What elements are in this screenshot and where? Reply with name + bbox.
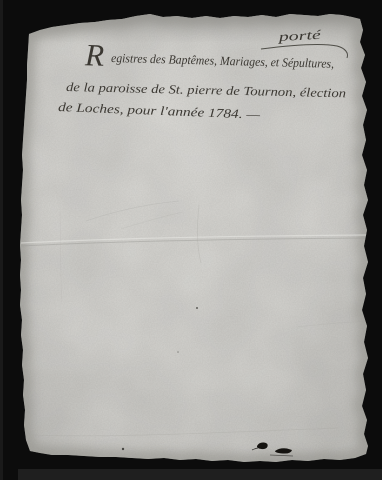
speck-1 [196,307,198,309]
speck-2 [122,448,124,450]
scanned-document-page: porté R egistres des Baptêmes, Mariages,… [0,0,382,480]
scan-left-edge-strip [0,0,3,480]
underlying-page-edge [18,469,382,480]
title-initial-flourish: R [84,37,105,73]
annotation-porte: porté [277,27,323,44]
speck-3 [177,351,179,353]
manuscript-scan: porté R egistres des Baptêmes, Mariages,… [0,0,382,480]
